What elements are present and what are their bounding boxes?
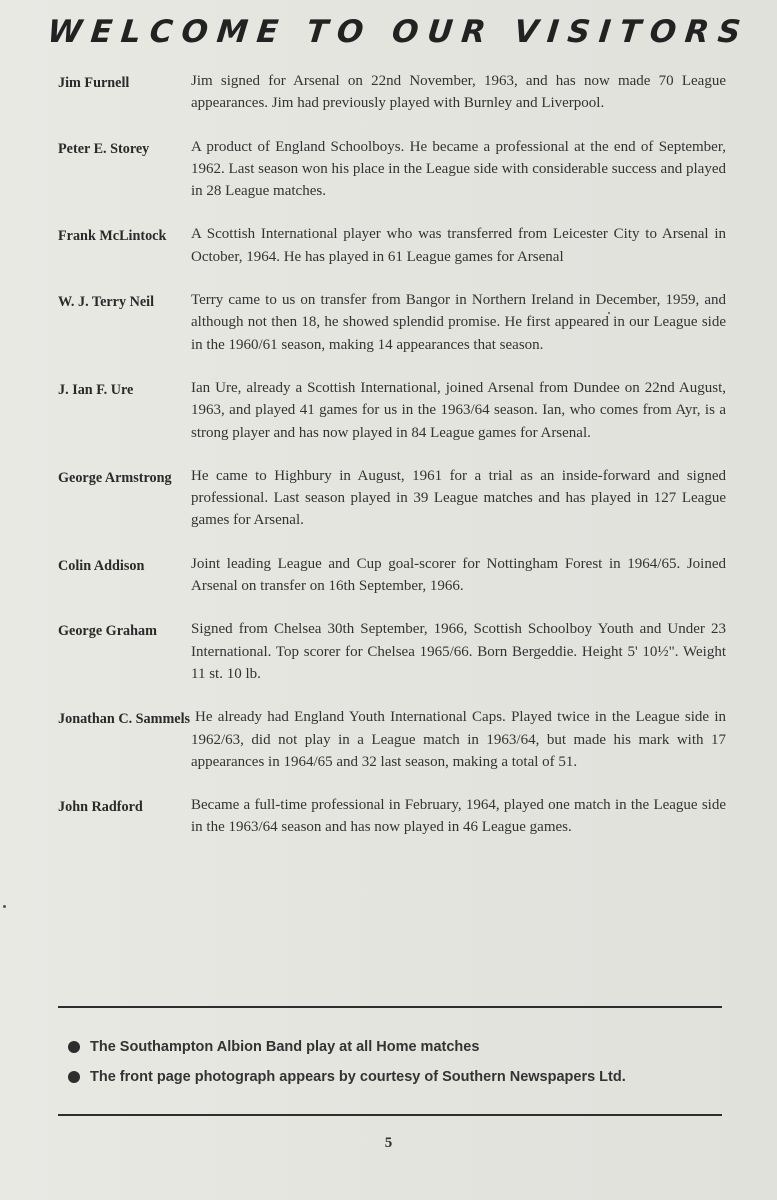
player-name: Peter E. Storey (58, 138, 149, 160)
player-name: Jim Furnell (58, 72, 129, 94)
player-bio: He came to Highbury in August, 1961 for … (191, 465, 726, 532)
note-item: The front page photograph appears by cou… (68, 1066, 626, 1087)
player-name: George Graham (58, 620, 157, 642)
programme-page: WELCOME TO OUR VISITORS Jim Furnell Jim … (0, 0, 777, 1200)
player-name: Colin Addison (58, 555, 144, 577)
player-bio: Joint leading League and Cup goal-scorer… (191, 553, 726, 598)
divider-top (58, 1006, 722, 1008)
player-entry: Peter E. Storey A product of England Sch… (58, 136, 726, 203)
bullet-icon (68, 1071, 80, 1083)
paper-speck (608, 312, 610, 314)
paper-speck (3, 905, 6, 908)
player-bio: Became a full-time professional in Febru… (191, 794, 726, 839)
player-name: Frank McLintock (58, 225, 166, 247)
player-name: Jonathan C. Sammels (58, 708, 190, 730)
player-entry: J. Ian F. Ure Ian Ure, already a Scottis… (58, 377, 726, 444)
player-name: J. Ian F. Ure (58, 379, 133, 401)
bullet-icon (68, 1041, 80, 1053)
player-name: John Radford (58, 796, 143, 818)
player-list: Jim Furnell Jim signed for Arsenal on 22… (58, 70, 726, 839)
divider-bottom (58, 1114, 722, 1116)
player-bio: He already had England Youth Internation… (191, 706, 726, 773)
player-entry: Jim Furnell Jim signed for Arsenal on 22… (58, 70, 726, 115)
note-text: The front page photograph appears by cou… (90, 1069, 626, 1085)
player-bio: Signed from Chelsea 30th September, 1966… (191, 618, 726, 685)
player-name: George Armstrong (58, 467, 172, 489)
player-entry: Jonathan C. Sammels He already had Engla… (58, 706, 726, 773)
player-entry: George Graham Signed from Chelsea 30th S… (58, 618, 726, 685)
player-entry: George Armstrong He came to Highbury in … (58, 465, 726, 532)
player-entry: Colin Addison Joint leading League and C… (58, 553, 726, 598)
note-text: The Southampton Albion Band play at all … (90, 1039, 479, 1055)
player-bio: Terry came to us on transfer from Bangor… (191, 289, 726, 356)
notes-list: The Southampton Albion Band play at all … (68, 1036, 626, 1096)
player-entry: W. J. Terry Neil Terry came to us on tra… (58, 289, 726, 356)
player-entry: John Radford Became a full-time professi… (58, 794, 726, 839)
player-entry: Frank McLintock A Scottish International… (58, 223, 726, 268)
page-title: WELCOME TO OUR VISITORS (0, 14, 777, 50)
player-bio: Ian Ure, already a Scottish Internationa… (191, 377, 726, 444)
player-bio: Jim signed for Arsenal on 22nd November,… (191, 70, 726, 115)
player-bio: A product of England Schoolboys. He beca… (191, 136, 726, 203)
player-bio: A Scottish International player who was … (191, 223, 726, 268)
note-item: The Southampton Albion Band play at all … (68, 1036, 626, 1057)
page-number: 5 (0, 1135, 777, 1152)
player-name: W. J. Terry Neil (58, 291, 154, 313)
